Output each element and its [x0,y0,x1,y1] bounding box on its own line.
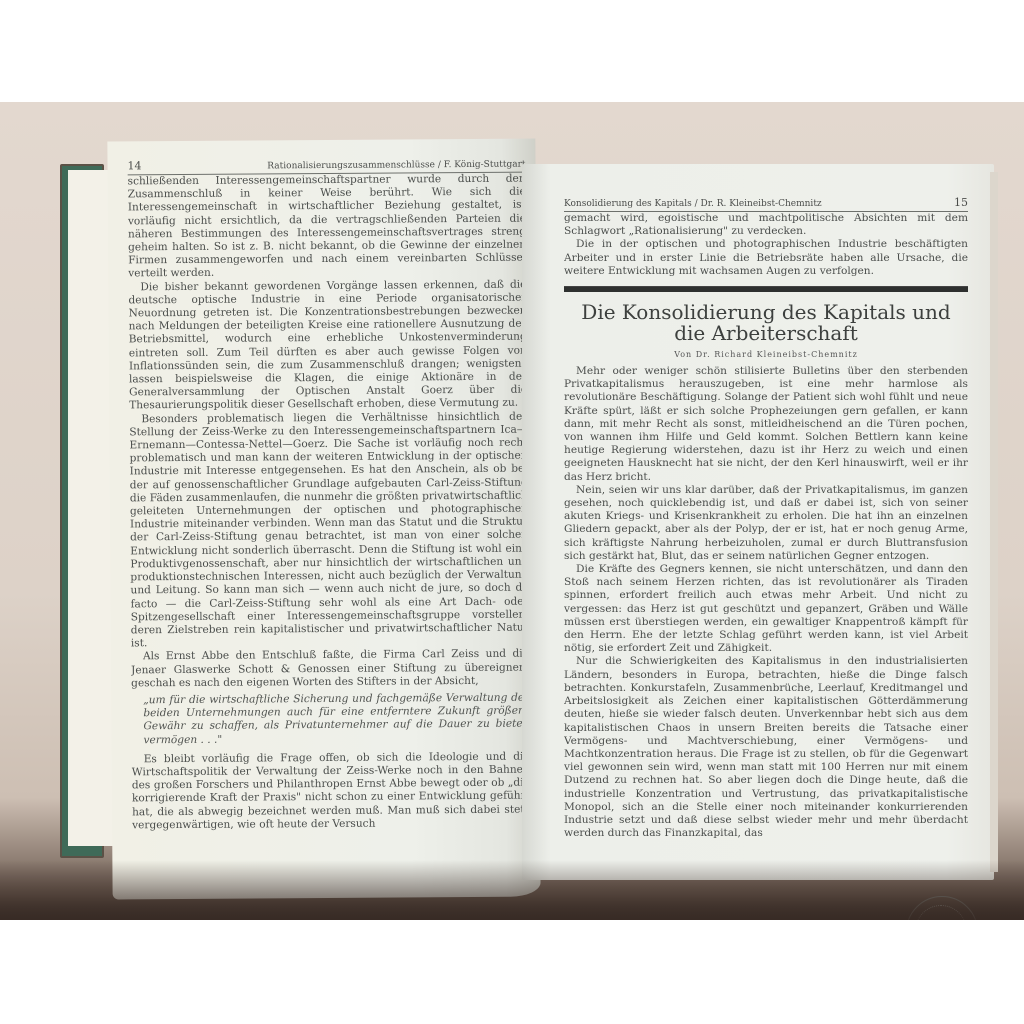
paragraph: schließenden Interessengemeinschaftspart… [128,173,527,281]
right-page: Konsolidierung des Kapitals / Dr. R. Kle… [522,164,994,880]
paragraph: Die Kräfte des Gegners kennen, sie nicht… [564,563,968,655]
right-running-title: Konsolidierung des Kapitals / Dr. R. Kle… [564,199,822,209]
article-title: Die Konsolidierung des Kapitals und die … [564,302,968,344]
abbe-quote: „um für die wirtschaftliche Sicherung un… [143,691,529,747]
right-page-number: 15 [954,196,968,209]
paragraph: Nur die Schwierigkeiten des Kapitalismus… [564,655,968,840]
section-divider [564,286,968,292]
paragraph: gemacht wird, egoistische und machtpolit… [564,212,968,238]
paragraph: Es bleibt vorläufig die Frage offen, ob … [132,750,531,832]
table-shadow [0,860,1024,920]
paragraph: Nein, seien wir uns klar darüber, daß de… [564,484,968,563]
paragraph: Die bisher bekannt gewordenen Vorgänge l… [128,278,527,413]
left-body: schließenden Interessengemeinschaftspart… [128,173,531,833]
left-running-title: Rationalisierungszusammenschlüsse / F. K… [267,160,525,172]
right-running-head: Konsolidierung des Kapitals / Dr. R. Kle… [564,196,968,212]
article-byline: Von Dr. Richard Kleineibst-Chemnitz [564,350,968,359]
left-page-number: 14 [127,159,141,172]
paragraph: Besonders problematisch liegen die Verhä… [129,410,529,650]
left-page: 14 Rationalisierungszusammenschlüsse / F… [107,139,540,900]
book-photo: 14 Rationalisierungszusammenschlüsse / F… [0,102,1024,920]
right-body: Mehr oder weniger schön stilisierte Bull… [564,365,968,840]
paragraph: Mehr oder weniger schön stilisierte Bull… [564,365,968,484]
paragraph: Die in der optischen und photographische… [564,238,968,278]
paragraph: Als Ernst Abbe den Entschluß faßte, die … [131,648,529,690]
right-carryover: gemacht wird, egoistische und machtpolit… [564,212,968,278]
page-stack-right [990,172,998,872]
